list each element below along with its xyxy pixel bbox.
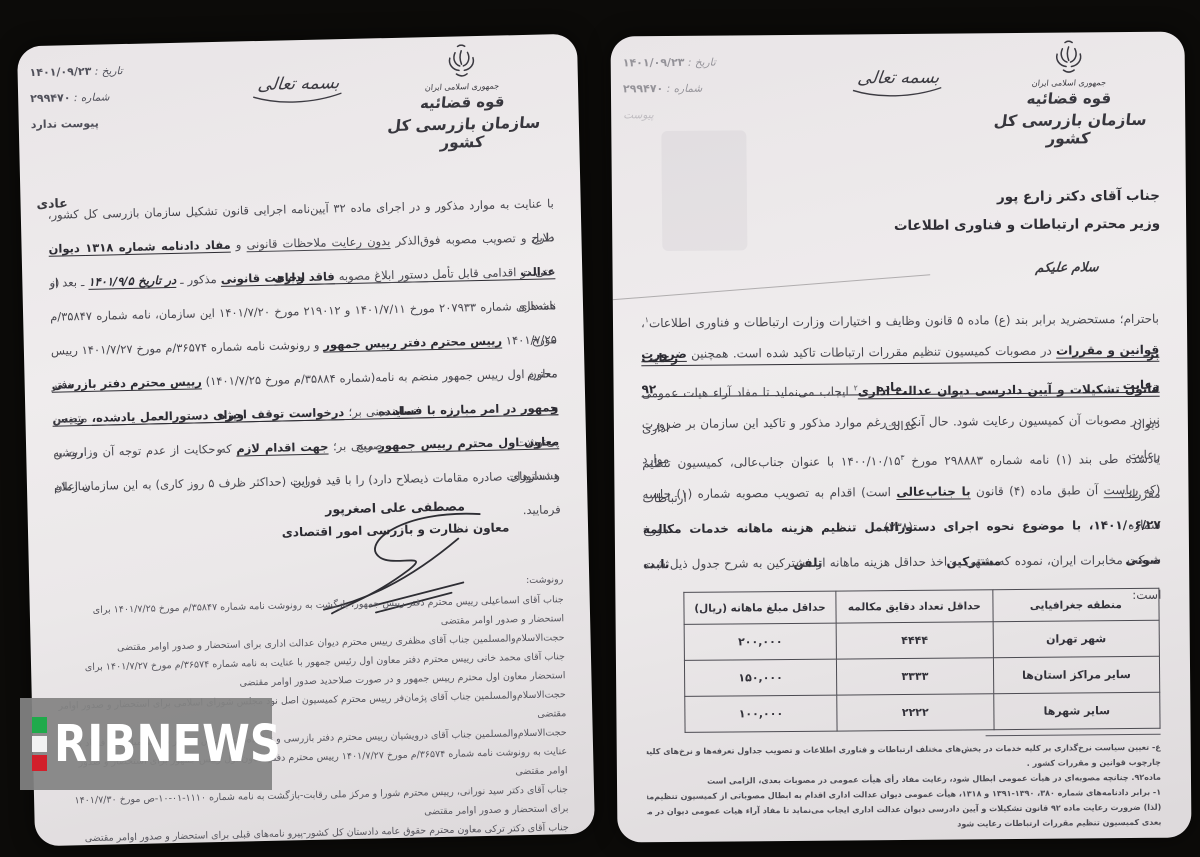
table-cell: شهر تهران: [993, 620, 1160, 657]
text-segment: (که: [1138, 483, 1160, 497]
org-line-inspection: سازمان بازرسی کل کشور: [977, 111, 1161, 149]
text-segment: و: [230, 237, 246, 251]
left-doc-body: با عنایت به موارد مذکور و در اجرای ماده …: [47, 186, 560, 503]
body-line: ۱۴۰۱/۰۶/۲۷، با موضوع نحوه اجرای دستورالع…: [643, 508, 1161, 548]
right-doc-body: باحترام؛ مستحضرید برابر بند (ع) ماده ۵ ق…: [641, 298, 1161, 583]
org-line-inspection: سازمان بازرسی کل کشور: [371, 113, 555, 153]
greeting-text: سلام علیکم: [1035, 260, 1099, 276]
text-segment: با جناب‌عالی: [896, 484, 970, 499]
signature-block: مصطفی علی اصغرپور معاون نظارت و بازرسی ا…: [277, 497, 513, 539]
table-header-cell: حداقل تعداد دقایق مکالمه: [836, 590, 993, 623]
body-line: یادشده طی بند (۱) نامه شماره ۲۹۸۸۸۳ مورخ…: [642, 438, 1160, 478]
body-line: قانون تشکیلات و آیین دادرسی دیوان عدالت …: [641, 368, 1159, 408]
text-segment: معاون اول محترم رییس جمهور: [378, 434, 559, 452]
besmele-text: بسمه تعالی: [257, 73, 341, 95]
text-segment: آن طبق ماده (۴) قانون: [971, 483, 1104, 498]
table-cell: ۴۴۴۴: [836, 622, 993, 659]
text-segment: بدون رعایت ملاحظات قانونی: [246, 234, 390, 251]
attachment-row: پیوست: [623, 102, 716, 129]
text-segment: جمهور در امر مبارزه با فساد: [393, 400, 559, 418]
text-segment: فاقد وجاهت قانونی: [221, 269, 335, 286]
table-header-cell: منطقه جغرافیایی: [993, 588, 1160, 621]
right-document: تاریخ : ۱۴۰۱/۰۹/۲۳ شماره : ۲۹۹۴۷۰ پیوست …: [610, 32, 1191, 843]
table-cell: ۲۰۰,۰۰۰: [684, 623, 836, 660]
text-segment: مبنی بر؛: [344, 404, 393, 419]
body-line: باحترام؛ مستحضرید برابر بند (ع) ماده ۵ ق…: [641, 298, 1159, 338]
iribnews-watermark: RIBNEWS: [20, 698, 272, 790]
body-line: (که ریاست آن طبق ماده (۴) قانون با جناب‌…: [642, 473, 1160, 513]
table-row: شهر تهران۴۴۴۴۲۰۰,۰۰۰: [684, 620, 1159, 660]
table-row: سایر مراکز استان‌ها۳۳۳۳۱۵۰,۰۰۰: [684, 656, 1159, 696]
table-header-cell: حداقل مبلغ ماهانه (ریال): [684, 591, 836, 624]
date-label: تاریخ :: [688, 57, 716, 69]
date-value: ۱۴۰۱/۰۹/۲۳: [29, 65, 91, 79]
attachment-row: پیوست ندارد: [30, 110, 124, 138]
table-cell: سایر مراکز استان‌ها: [993, 656, 1160, 693]
table-header-row: منطقه جغرافیاییحداقل تعداد دقایق مکالمهح…: [684, 588, 1159, 624]
date-value: ۱۴۰۱/۰۹/۲۳: [623, 56, 685, 70]
text-segment: جهت اقدام لازم: [236, 439, 328, 455]
attachment-value: پیوست ندارد: [31, 117, 99, 132]
flag-white-square: [32, 736, 47, 752]
table-cell: ۲۲۲۲: [837, 694, 994, 731]
text-segment: مصوبه: [335, 268, 375, 283]
table-cell: ۱۵۰,۰۰۰: [684, 659, 836, 696]
text-segment: در تاریخ ۱۴۰۱/۹/۵: [88, 273, 176, 289]
text-segment: باحترام؛ مستحضرید برابر بند (ع) ماده ۵ ق…: [649, 312, 1159, 330]
signer-title: معاون نظارت و بازرسی امور اقتصادی: [278, 520, 513, 539]
text-segment: دستور ابلاغ: [374, 267, 428, 282]
text-segment: یادشده طی بند (۱) نامه شماره ۲۹۸۸۸۳ مورخ…: [841, 452, 1160, 469]
org-line-country: جمهوری اسلامی ایران: [978, 78, 1159, 89]
attachment-value: پیوست: [623, 109, 654, 121]
recipient-title: وزیر محترم ارتباطات و فناوری اطلاعات: [894, 210, 1160, 240]
date-label: تاریخ :: [95, 65, 123, 78]
text-segment: ۱۴۰۱/۷/۲۵: [502, 332, 557, 347]
iran-emblem-icon: [445, 44, 478, 81]
recipient-name: جناب آقای دکتر زارع پور: [894, 182, 1160, 212]
text-segment: معاون اول رییس جمهور منضم به نامه(شماره …: [202, 366, 558, 388]
body-line: قوانین و مقررات در مصوبات کمیسیون تنظیم …: [641, 333, 1159, 373]
text-segment: طرح و تصویب مصوبه فوق‌الذکر: [390, 230, 554, 248]
text-segment: قانون تشکیلات و آیین دادرسی دیوان عدالت …: [858, 382, 1160, 399]
flag-red-square: [32, 755, 47, 771]
footnotes-block: ع- تعیین سیاست نرخ‌گذاری بر کلیه خدمات د…: [647, 740, 1162, 834]
table-cell: ۳۳۳۳: [836, 658, 993, 695]
flag-green-square: [32, 717, 47, 733]
text-segment: ریاست: [1104, 483, 1139, 497]
letterhead-org-block: جمهوری اسلامی ایران قوه قضائیه سازمان با…: [979, 40, 1160, 149]
footnote-separator: [986, 734, 1161, 737]
signer-name: مصطفی علی اصغرپور: [277, 497, 512, 517]
text-segment: مذکور ـ: [176, 272, 221, 287]
text-segment: قوانین و مقررات: [1056, 343, 1159, 358]
text-segment: در مصوبات کمیسیون تنظیم مقررات ارتباطات …: [687, 344, 1056, 361]
iran-flag-bar-icon: [32, 717, 47, 771]
table-cell: ۱۰۰,۰۰۰: [685, 695, 837, 732]
text-segment: مبنی بر؛: [328, 438, 378, 453]
tariff-table: منطقه جغرافیاییحداقل تعداد دقایق مکالمهح…: [683, 588, 1160, 733]
org-line-judiciary: قوه قضائیه: [372, 91, 554, 113]
besmele-text: بسمه تعالی: [856, 68, 940, 89]
table-cell: سایر شهرها: [993, 692, 1160, 729]
body-line: شرکت مخابرات ایران، نموده که منتهی به اخ…: [643, 543, 1161, 583]
recipient-block: جناب آقای دکتر زارع پور وزیر محترم ارتبا…: [894, 182, 1161, 240]
org-line-judiciary: قوه قضائیه: [978, 89, 1160, 109]
text-segment: رییس محترم دفتر رییس جمهور: [323, 334, 502, 352]
letterhead-org-block: جمهوری اسلامی ایران قوه قضائیه سازمان با…: [371, 42, 553, 153]
watermark-brand-text: RIBNEWS: [54, 719, 281, 770]
iran-emblem-icon: [1053, 40, 1085, 76]
body-line: نیز در مصوبات آن کمیسیون رعایت شود. حال …: [642, 403, 1160, 443]
scan-shadow-artifact: [661, 130, 747, 251]
scan-fold-line: [610, 274, 930, 301]
text-segment: درخواست توقف اجرای دستورالعمل یادشده،: [92, 405, 345, 425]
photo-background: تاریخ : ۱۴۰۱/۰۹/۲۳ شماره : ۲۹۹۴۷۰ پیوست …: [0, 0, 1200, 857]
table-row: سایر شهرها۲۲۲۲۱۰۰,۰۰۰: [685, 692, 1160, 732]
text-segment: حتی در اقدامی قابل تأمل: [428, 264, 555, 281]
